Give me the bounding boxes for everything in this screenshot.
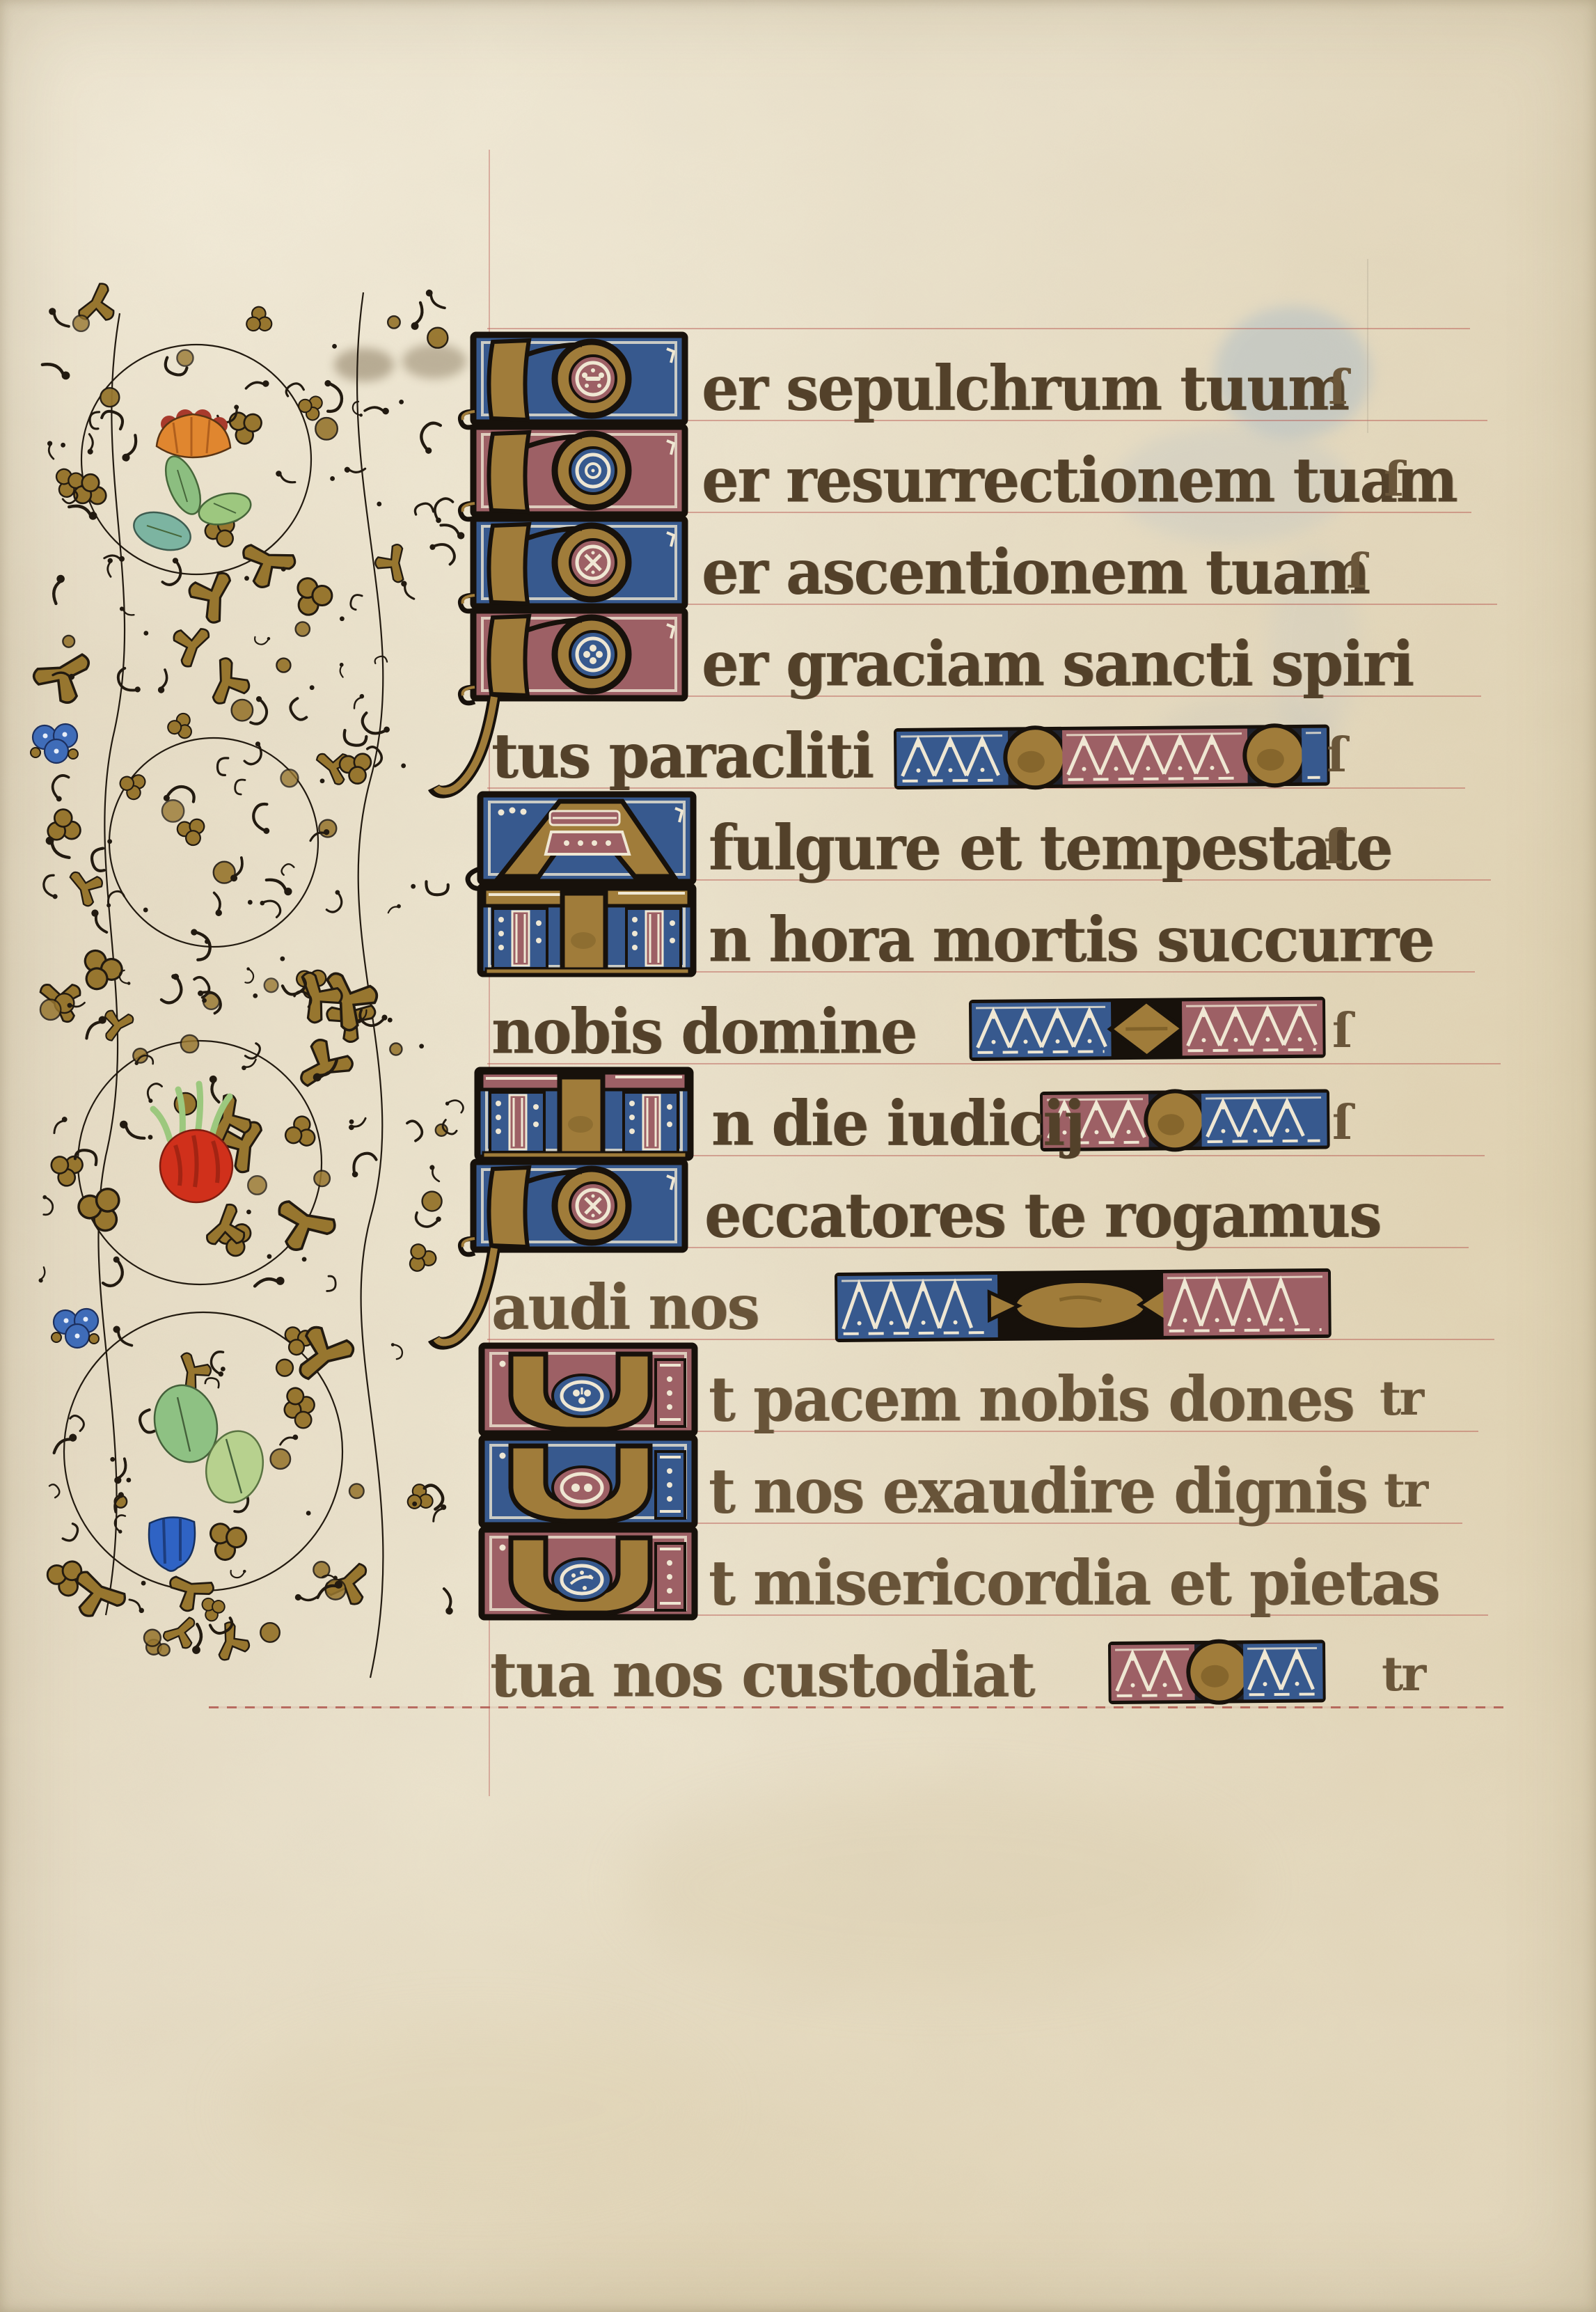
text-line-7: n hora mortis succurre [709,897,1433,977]
text-line-15: tua nos custodiat [490,1633,1034,1712]
initial-A [468,794,693,888]
text-line-13: t nos exaudire dignis [709,1449,1367,1528]
initial-P [460,335,685,427]
line-filler [835,1268,1332,1342]
initial-V [482,1346,695,1433]
text-line-14: t misericordia et pietas [709,1541,1439,1620]
line-text: eccatores te rogamus [704,1179,1380,1252]
line-text: n hora mortis succurre [709,903,1433,977]
text-line-3: er ascentionem tuam [702,530,1369,609]
text-line-9: n die iudicij [711,1081,1084,1161]
line-text: tus paracliti [491,719,873,793]
margin-response-mark: ſ [1346,544,1364,599]
margin-response-mark: ſ [1332,1003,1350,1059]
text-line-12: t pacem nobis dones [709,1357,1354,1436]
line-filler [1108,1639,1326,1704]
line-text: audi nos [491,1271,759,1344]
margin-response-mark: ſ [1324,819,1342,875]
text-line-6: fulgure et tempestate [709,805,1391,885]
margin-response-mark: ſ [1328,360,1346,416]
initial-P [460,519,685,611]
text-line-5: tus paracliti [491,714,873,793]
text-line-10: eccatores te rogamus [704,1173,1380,1252]
line-text: er sepulchrum tuum [702,352,1348,425]
line-text: fulgure et tempestate [709,811,1391,885]
text-line-4: er graciam sancti spiri [702,622,1413,701]
initial-V [482,1529,695,1617]
margin-response-mark: tr [1382,1646,1424,1702]
initial-P [460,427,685,519]
text-line-8: nobis domine [491,989,916,1069]
text-line-2: er resurrectionem tuam [702,438,1457,517]
line-filler [969,997,1326,1061]
line-text: er graciam sancti spiri [702,627,1413,701]
initial-I [477,1070,690,1158]
line-text: t misericordia et pietas [709,1546,1439,1620]
margin-response-mark: tr [1384,1463,1426,1518]
line-text: t pacem nobis dones [709,1362,1354,1436]
text-line-11: audi nos [491,1265,759,1344]
margin-response-mark: ſ [1327,728,1345,783]
line-text: n die iudicij [711,1087,1084,1161]
initial-I [480,886,693,974]
margin-response-mark: ſ [1332,1095,1350,1151]
line-filler [894,725,1330,789]
line-text: nobis domine [491,995,916,1069]
line-text: er ascentionem tuam [702,535,1369,609]
manuscript-page: er sepulchrum tuumſer resurrectionem tua… [0,0,1596,2312]
initial-V [482,1438,695,1525]
line-text: tua nos custodiat [490,1638,1034,1712]
text-line-1: er sepulchrum tuum [702,346,1348,425]
margin-response-mark: ſ [1384,452,1402,508]
line-text: er resurrectionem tuam [702,443,1457,517]
line-text: t nos exaudire dignis [709,1454,1367,1528]
margin-response-mark: tr [1380,1371,1422,1426]
